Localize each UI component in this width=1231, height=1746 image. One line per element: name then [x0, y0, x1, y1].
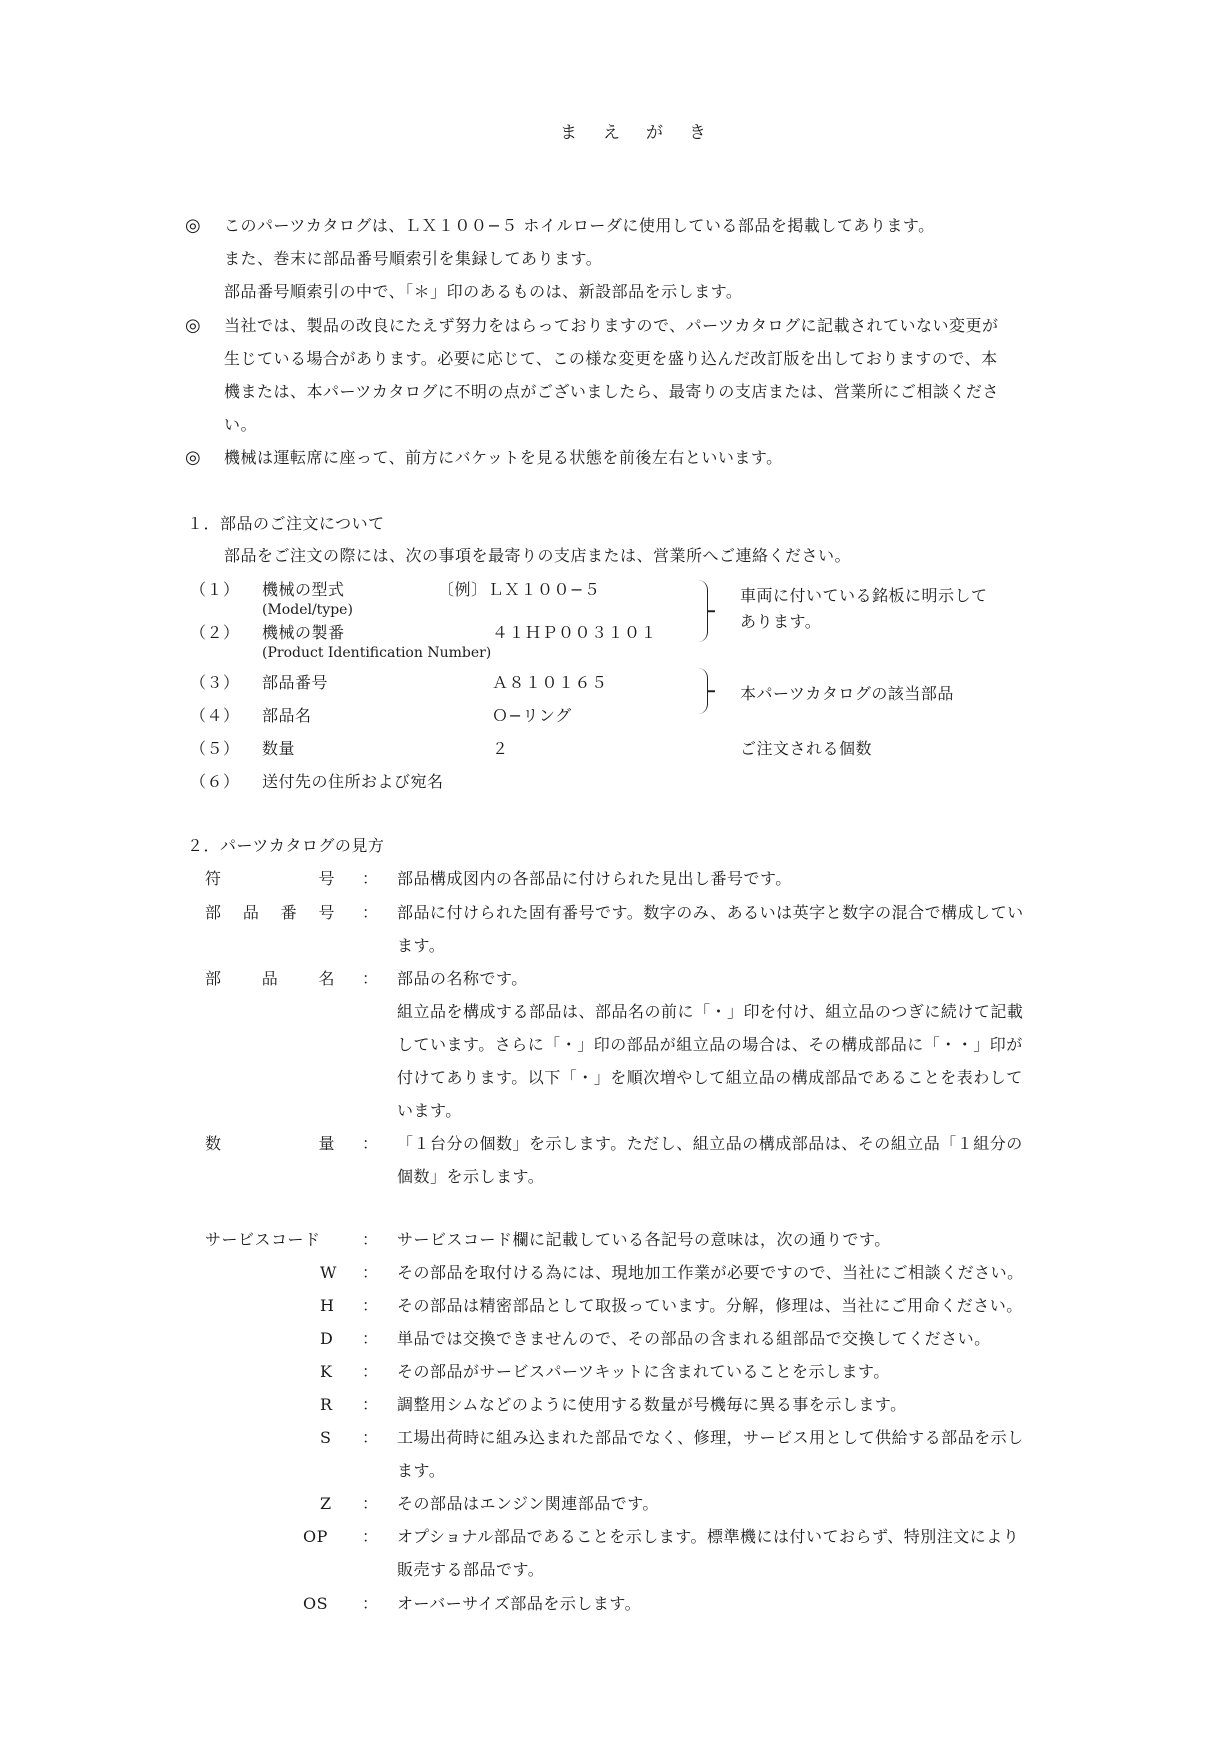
code-letter: OS: [303, 1594, 328, 1614]
code-letter: OP: [303, 1527, 328, 1547]
item-label: 送付先の住所および宛名: [262, 772, 444, 792]
item-value: ２: [492, 739, 509, 759]
intro-text: また、巻末に部品番号順索引を集録してあります。: [224, 249, 602, 269]
field-desc: 部品に付けられた固有番号です。数字のみ、あるいは英字と数字の混合で構成してい: [397, 903, 1024, 923]
section-2-heading: ２．パーツカタログの見方: [187, 836, 384, 856]
field-desc: 組立品を構成する部品は、部品名の前に「・」印を付け、組立品のつぎに続けて記載: [397, 1002, 1023, 1022]
field-desc: しています。さらに「・」印の部品が組立品の場合は、その構成部品に「・・」印が: [397, 1035, 1023, 1055]
colon: ：: [362, 1395, 379, 1415]
item-sublabel: (Model/type): [262, 600, 353, 620]
item-note: ご注文される個数: [740, 739, 872, 759]
intro-text: 機械は運転席に座って、前方にバケットを見る状態を前後左右といいます。: [224, 448, 783, 468]
colon: ：: [362, 1296, 379, 1316]
code-letter: D: [320, 1329, 333, 1349]
page-title: まえがき: [560, 118, 732, 143]
code-desc: その部品がサービスパーツキットに含まれていることを示します。: [397, 1362, 890, 1382]
field-label-char: 名: [318, 969, 335, 989]
field-label-char: 品: [243, 903, 260, 923]
service-code-label: サービスコード: [205, 1230, 321, 1250]
intro-text: 当社では、製品の改良にたえず努力をはらっておりますので、パーツカタログに記載され…: [224, 316, 999, 336]
item-number: （２）: [190, 623, 240, 643]
item-label: 部品名: [262, 706, 312, 726]
item-number: （３）: [190, 673, 240, 693]
intro-text: 部品番号順索引の中で、「＊」印のあるものは、新設部品を示します。: [224, 282, 742, 302]
field-desc: います。: [397, 1101, 462, 1121]
item-value: 〔例〕ＬＸ１００−５: [438, 580, 600, 600]
colon: ：: [362, 1230, 379, 1250]
item-value: Ｏ−リング: [492, 706, 572, 726]
intro-text: 生じている場合があります。必要に応じて、この様な変更を盛り込んだ改訂版を出してお…: [224, 349, 998, 369]
field-desc: 「１台分の個数」を示します。ただし、組立品の構成部品は、その組立品「１組分の: [397, 1134, 1023, 1154]
field-desc: ます。: [397, 936, 445, 956]
section-1-lead: 部品をご注文の際には、次の事項を最寄りの支店または、営業所へご連絡ください。: [224, 546, 851, 566]
code-letter: S: [320, 1428, 331, 1448]
brace-note: 車両に付いている銘板に明示して: [740, 586, 988, 606]
field-label-char: 番: [281, 903, 298, 923]
field-label-char: 数: [205, 1134, 222, 1154]
brace-icon: [697, 580, 708, 642]
item-number: （６）: [190, 772, 240, 792]
service-code-intro: サービスコード欄に記載している各記号の意味は，次の通りです。: [397, 1230, 891, 1250]
intro-text: このパーツカタログは、ＬＸ１００−５ ホイルローダに使用している部品を掲載してあ…: [224, 216, 935, 236]
code-desc: ます。: [397, 1461, 445, 1481]
intro-text: い。: [224, 415, 257, 435]
brace-icon: [697, 668, 708, 714]
code-letter: K: [320, 1362, 332, 1382]
field-label-char: 符: [205, 869, 222, 889]
colon: ：: [362, 1527, 379, 1547]
code-desc: その部品を取付ける為には、現地加工作業が必要ですので、当社にご相談ください。: [397, 1263, 1024, 1283]
code-desc: その部品は精密部品として取扱っています。分解，修理は、当社にご用命ください。: [397, 1296, 1023, 1316]
code-desc: 調整用シムなどのように使用する数量が号機毎に異る事を示します。: [397, 1395, 907, 1415]
double-circle-bullet-icon: ◎: [185, 215, 201, 236]
field-label-char: 部: [205, 969, 222, 989]
code-letter: H: [320, 1296, 334, 1316]
field-label-char: 号: [318, 869, 335, 889]
field-desc: 部品構成図内の各部品に付けられた見出し番号です。: [397, 869, 792, 889]
double-circle-bullet-icon: ◎: [185, 315, 201, 336]
colon: ：: [362, 1263, 379, 1283]
item-value: ４１ＨＰ００３１０１: [492, 623, 657, 643]
field-label-char: 部: [205, 903, 222, 923]
field-desc: 個数」を示します。: [397, 1167, 544, 1187]
code-desc: 販売する部品です。: [397, 1560, 544, 1580]
double-circle-bullet-icon: ◎: [185, 447, 201, 468]
field-label-char: 量: [318, 1134, 335, 1154]
code-letter: Z: [320, 1494, 332, 1514]
code-letter: R: [320, 1395, 333, 1415]
colon: ：: [362, 969, 379, 989]
item-number: （１）: [190, 580, 240, 600]
colon: ：: [362, 1428, 379, 1448]
field-label-char: 号: [318, 903, 335, 923]
item-label: 数量: [262, 739, 295, 759]
code-desc: オプショナル部品であることを示します。標準機には付いておらず、特別注文により: [397, 1527, 1019, 1547]
field-desc: 付けてあります。以下「・」を順次増やして組立品の構成部品であることを表わして: [397, 1068, 1023, 1088]
colon: ：: [362, 1134, 379, 1154]
field-label-char: 品: [262, 969, 279, 989]
item-number: （５）: [190, 739, 240, 759]
item-sublabel: (Product Identification Number): [262, 643, 491, 663]
code-desc: その部品はエンジン関連部品です。: [397, 1494, 659, 1514]
colon: ：: [362, 1494, 379, 1514]
brace-note: 本パーツカタログの該当部品: [740, 684, 954, 704]
intro-text: 機または、本パーツカタログに不明の点がございましたら、最寄りの支店または、営業所…: [224, 382, 999, 402]
item-label: 機械の型式: [262, 580, 345, 600]
code-desc: オーバーサイズ部品を示します。: [397, 1594, 641, 1614]
code-desc: 単品では交換できませんので、その部品の含まれる組部品で交換してください。: [397, 1329, 991, 1349]
field-desc: 部品の名称です。: [397, 969, 528, 989]
code-letter: W: [320, 1263, 337, 1283]
colon: ：: [362, 1594, 379, 1614]
code-desc: 工場出荷時に組み込まれた部品でなく、修理，サービス用として供給する部品を示し: [397, 1428, 1024, 1448]
colon: ：: [362, 903, 379, 923]
item-label: 部品番号: [262, 673, 328, 693]
section-1-heading: １．部品のご注文について: [187, 514, 385, 534]
colon: ：: [362, 1329, 379, 1349]
colon: ：: [362, 1362, 379, 1382]
colon: ：: [362, 869, 379, 889]
brace-note: あります。: [740, 612, 821, 632]
item-number: （４）: [190, 706, 240, 726]
item-label: 機械の製番: [262, 623, 345, 643]
item-value: Ａ８１０１６５: [492, 673, 608, 693]
